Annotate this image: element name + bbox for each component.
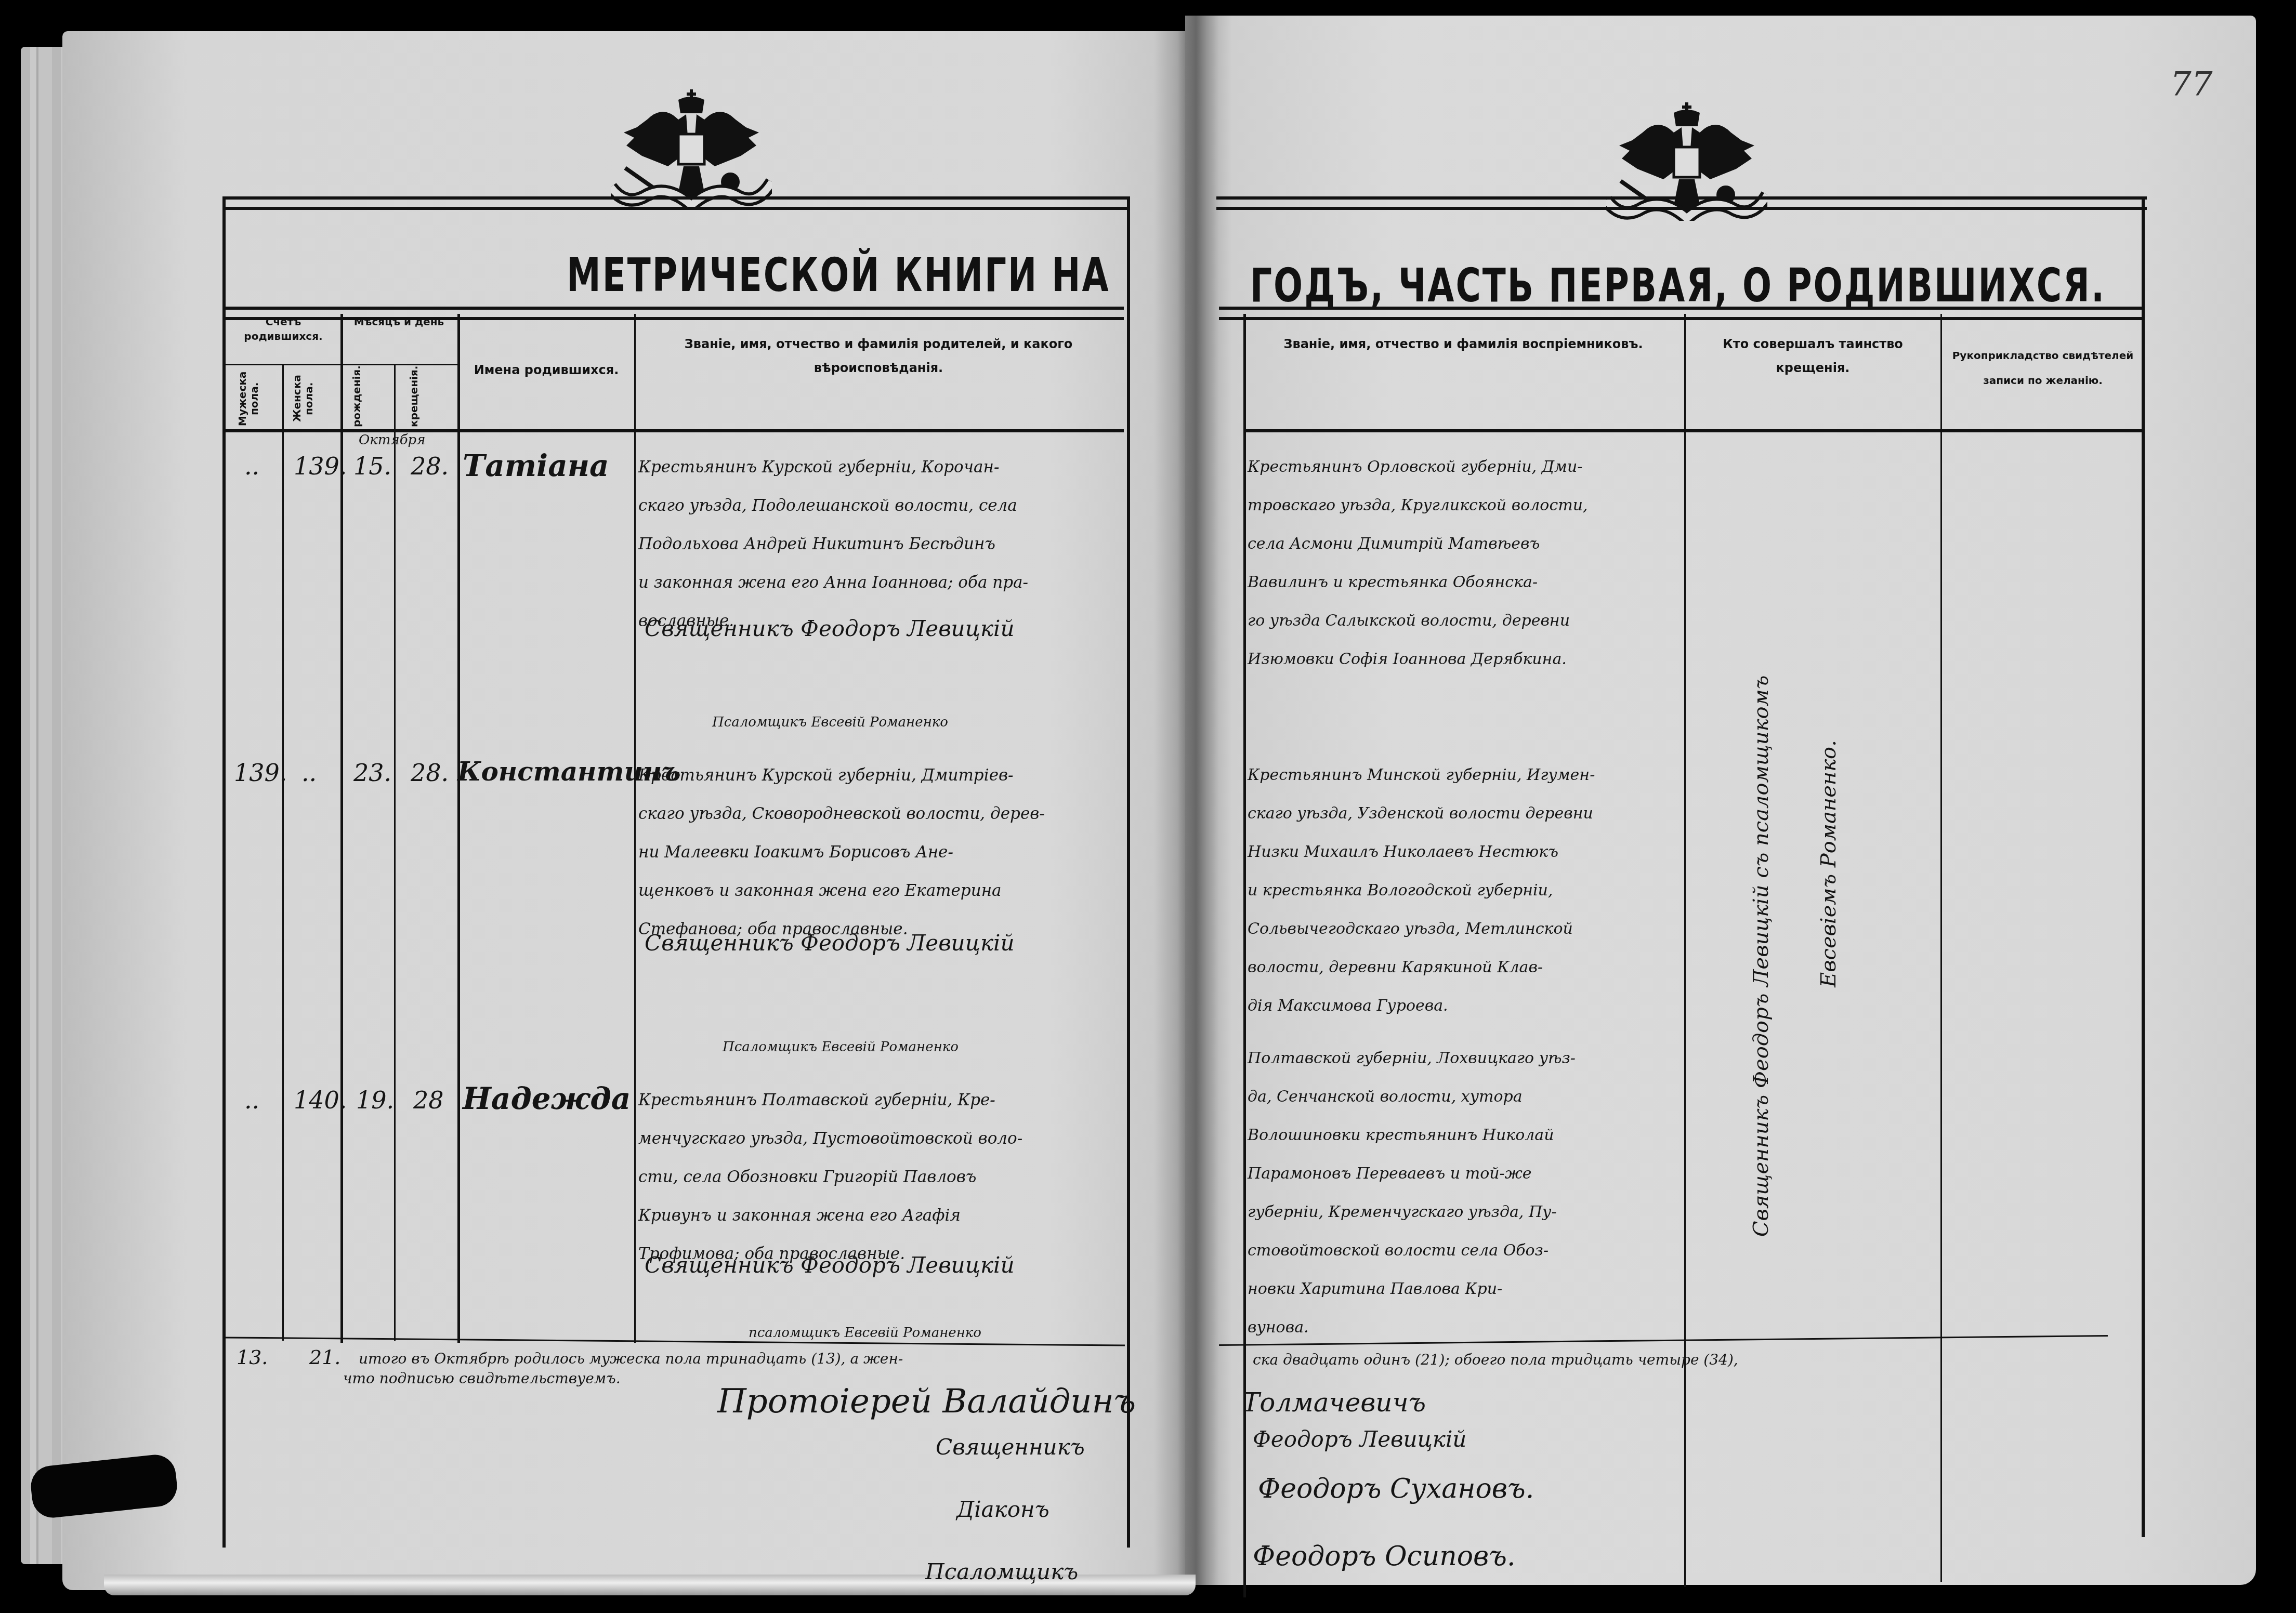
text-line: менчугскаго уѣзда, Пустовойтовской воло-: [638, 1119, 1119, 1158]
female-number: ..: [301, 759, 317, 787]
text-line: губернiи, Кременчугскаго уѣзда, Пу-: [1248, 1193, 1679, 1232]
header-birth: рожденiя.: [351, 370, 387, 427]
text-line: скаго уѣзда, Сковороднeвской волости, де…: [638, 795, 1119, 833]
summary-psalmist-note: псаломщикъ Евсевiй Романенко: [749, 1325, 981, 1341]
text-line: тровскаго уѣзда, Кругликской волости,: [1248, 486, 1679, 525]
text-line: го уѣзда Салыкской волости, деревни: [1248, 602, 1679, 640]
birth-day: 23.: [353, 759, 391, 787]
text-line: волости, деревни Карякиной Клав-: [1248, 948, 1679, 987]
text-line: Кривунъ и законная жена его Агафiя: [638, 1196, 1119, 1235]
priest-title: Священникъ: [936, 1434, 1085, 1460]
godparents-text: Полтавской губернiи, Лохвицкаго уѣз- да,…: [1248, 1039, 1679, 1347]
header-count-group: Счетъ родившихся.: [229, 314, 338, 343]
male-total: 13.: [237, 1346, 268, 1369]
text-line: Низки Михаилъ Николаевъ Нестюкъ: [1248, 833, 1679, 871]
header-witnesses: Рукоприкладство свидѣтелей записи по жел…: [1947, 343, 2139, 393]
text-line: щенковъ и законная жена его Екатерина: [638, 871, 1119, 910]
text-line: скаго уѣзда, Узденской волости деревни: [1248, 795, 1679, 833]
deacon-title: Дiаконъ: [956, 1497, 1049, 1522]
text-line: Подольхова Андрей Никитинъ Бесѣдинъ: [638, 525, 1119, 563]
text-line: новки Харитина Павлова Кри-: [1248, 1270, 1679, 1308]
right-table-frame: [2142, 196, 2145, 1537]
summary-text-line1: итого въ Октябрѣ родилось мужеска пола т…: [359, 1350, 903, 1367]
baptism-day: 28: [413, 1086, 444, 1114]
text-line: да, Сенчанской волости, хутора: [1248, 1078, 1679, 1116]
text-line: Сольвычегодскаго уѣзда, Метлинской: [1248, 910, 1679, 948]
header-godparents: Званiе, имя, отчество и фамилiя воспрiем…: [1248, 333, 1679, 356]
psalmist-note: Псаломщикъ Евсевiй Романенко: [723, 1039, 959, 1055]
performer-psalmist: Евсевiемъ Романенко.: [1817, 520, 1841, 987]
book-gutter: [1177, 16, 1219, 1590]
priest-signature: Священникъ Феодоръ Левицкiй: [645, 616, 1015, 641]
right-header-bottom-rule: [1245, 429, 2142, 432]
summary-text-right: ска двадцать одинъ (21); обоего пола три…: [1253, 1351, 1738, 1368]
performer-priest: Священникъ Феодоръ Левицкiй съ псаломщик…: [1749, 457, 1773, 1237]
header-baptism: крещенiя.: [408, 370, 444, 427]
male-number: 139.: [234, 759, 287, 787]
right-top-rule: [1216, 196, 2147, 210]
female-number: 140.: [294, 1086, 347, 1114]
header-performer: Кто совершалъ таинство крещенiя.: [1689, 333, 1936, 380]
godparents-text: Крестьянинъ Минской губернiи, Игумен- ск…: [1248, 756, 1679, 1025]
text-line: Крестьянинъ Курской губернiи, Корочан-: [638, 448, 1119, 486]
text-line: дiя Максимова Гуроева.: [1248, 987, 1679, 1025]
folio-number: 77: [2170, 65, 2212, 103]
col-divider: [634, 314, 636, 1343]
text-line: сти, села Обознoвки Григорiй Павловъ: [638, 1158, 1119, 1196]
archpriest-signature: Протоiерей Валайдинъ: [717, 1382, 1136, 1421]
text-line: Крестьянинъ Полтавской губернiи, Кре-: [638, 1081, 1119, 1119]
birth-day: 15.: [353, 452, 391, 480]
col-divider: [457, 314, 460, 1343]
right-page-title: ГОДЪ, ЧАСТЬ ПЕРВАЯ, О РОДИВШИХСЯ.: [1250, 259, 2106, 313]
witness-signature: Феодоръ Осиповъ.: [1253, 1541, 1515, 1572]
month-label: Октября: [359, 432, 425, 448]
godparents-text: Крестьянинъ Орловской губернiи, Дми- тро…: [1248, 448, 1679, 679]
male-number: ..: [244, 1086, 259, 1114]
text-line: стовойтовской волости села Обоз-: [1248, 1232, 1679, 1270]
header-names: Имена родившихся.: [461, 359, 632, 382]
child-name: Надежда: [463, 1081, 631, 1116]
child-name: Татiана: [463, 448, 609, 483]
birth-day: 19.: [356, 1086, 394, 1114]
parents-text: Крестьянинъ Полтавской губернiи, Кре- ме…: [638, 1081, 1119, 1273]
header-female: Женска пола.: [291, 370, 333, 427]
text-line: Крестьянинъ Курской губернiи, Дмитрiев-: [638, 756, 1119, 795]
text-line: скаго уѣзда, Подолешанской волости, села: [638, 486, 1119, 525]
witness-signature: Феодоръ Сухановъ.: [1258, 1473, 1534, 1504]
baptism-day: 28.: [411, 759, 449, 787]
female-total: 21.: [309, 1346, 340, 1369]
col-divider: [282, 364, 284, 1341]
text-line: Парамоновъ Переваевъ и той-же: [1248, 1155, 1679, 1193]
text-line: Крестьянинъ Орловской губернiи, Дми-: [1248, 448, 1679, 486]
witness-signature: Толмачевичъ: [1242, 1387, 1426, 1418]
col-divider: [1684, 314, 1686, 1587]
imperial-eagle-crest-icon: [611, 88, 772, 208]
text-line: и законная жена его Анна Iоаннова; оба п…: [638, 563, 1119, 602]
subheader-rule: [226, 364, 457, 365]
text-line: Изюмовки Софiя Iоаннова Дерябкина.: [1248, 640, 1679, 679]
col-divider: [1940, 314, 1942, 1582]
summary-text-line2: что подписью свидѣтельствуемъ.: [343, 1370, 621, 1387]
priest-signature: Священникъ Феодоръ Левицкiй: [645, 1252, 1015, 1278]
col-divider: [394, 364, 396, 1341]
parents-text: Крестьянинъ Курской губернiи, Дмитрiев- …: [638, 756, 1119, 948]
witness-signature: Феодоръ Левицкiй: [1253, 1426, 1466, 1452]
male-number: ..: [244, 452, 259, 480]
header-parents: Званiе, имя, отчество и фамилiя родителе…: [645, 333, 1112, 380]
header-date-group: Мѣсяцъ и день: [343, 314, 455, 329]
baptism-day: 28.: [411, 452, 449, 480]
parents-text: Крестьянинъ Курской губернiи, Корочан- с…: [638, 448, 1119, 640]
text-line: села Асмони Димитрiй Матвѣевъ: [1248, 525, 1679, 563]
priest-signature: Священникъ Феодоръ Левицкiй: [645, 930, 1015, 956]
psalmist-title: Псаломщикъ: [925, 1559, 1078, 1584]
text-line: Вавилинъ и крестьянка Обоянска-: [1248, 563, 1679, 602]
text-line: Полтавской губернiи, Лохвицкаго уѣз-: [1248, 1039, 1679, 1078]
text-line: Волошиновки крестьянинъ Николай: [1248, 1116, 1679, 1155]
psalmist-note: Псаломщикъ Евсевiй Романенко: [712, 715, 948, 730]
text-line: ни Малеевки Iоакимъ Борисовъ Ане-: [638, 833, 1119, 871]
female-number: 139.: [294, 452, 347, 480]
header-male: Мужеска пола.: [237, 370, 278, 427]
right-header-rule: [1219, 307, 2142, 320]
text-line: и крестьянка Вологодской губернiи,: [1248, 871, 1679, 910]
text-line: Крестьянинъ Минской губернiи, Игумен-: [1248, 756, 1679, 795]
